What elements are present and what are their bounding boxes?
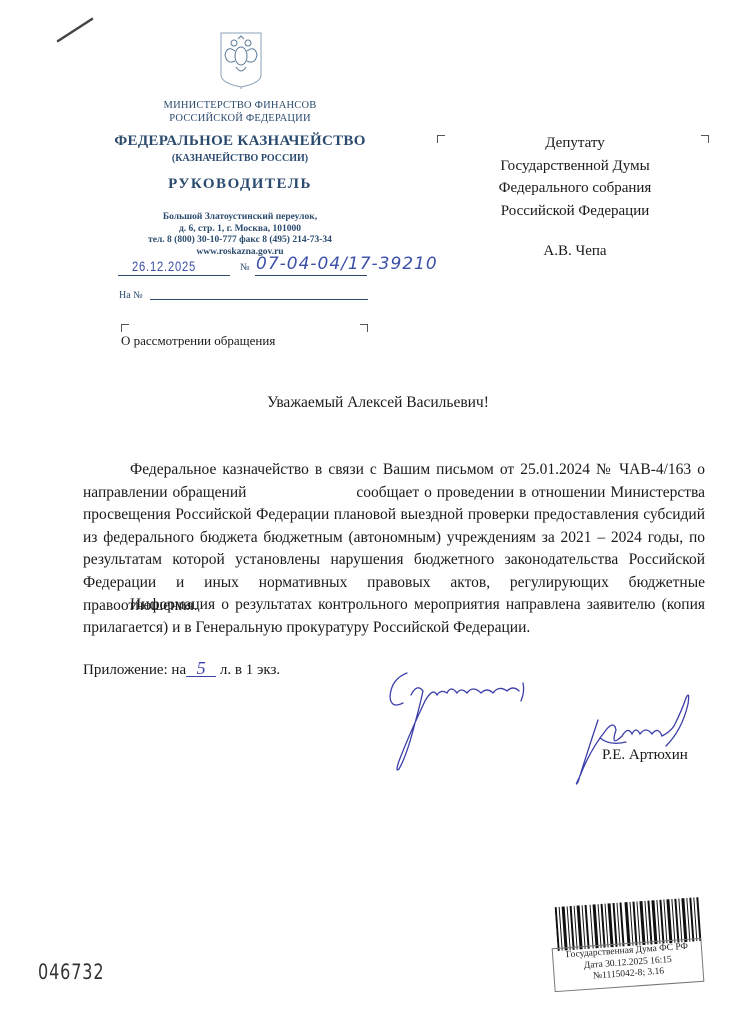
reply-to-underline: [150, 287, 368, 300]
ministry-line-2: РОССИЙСКОЙ ФЕДЕРАЦИИ: [100, 112, 380, 125]
registration-number: 07-04-04/17-39210: [256, 254, 438, 274]
greeting: Уважаемый Алексей Васильевич!: [0, 394, 756, 412]
ministry-name: МИНИСТЕРСТВО ФИНАНСОВ РОССИЙСКОЙ ФЕДЕРАЦ…: [100, 99, 380, 125]
addressee-line: Государственной Думы: [440, 155, 710, 178]
organization-name: ФЕДЕРАЛЬНОЕ КАЗНАЧЕЙСТВО: [100, 133, 380, 150]
attachment-note: Приложение: на5 л. в 1 экз.: [83, 660, 280, 679]
pen-mark: [55, 15, 95, 45]
attachment-prefix: Приложение: на: [83, 662, 186, 678]
attachment-suffix: л. в 1 экз.: [220, 662, 280, 678]
serial-number: 046732: [38, 960, 104, 984]
incoming-registration-stamp: Государственная Дума ФС РФ Дата 30.12.20…: [552, 938, 705, 992]
subject-line: О рассмотрении обращения: [121, 333, 275, 349]
organization-short-name: (КАЗНАЧЕЙСТВО РОССИИ): [100, 153, 380, 164]
body-paragraph-2: Информация о результатах контрольного ме…: [83, 594, 705, 639]
addressee-name: А.В. Чепа: [440, 243, 710, 260]
attachment-pages: 5: [186, 660, 216, 677]
reply-to-label: На №: [119, 290, 143, 301]
coat-of-arms-icon: [219, 31, 263, 89]
address-line-1: Большой Златоустинский переулок,: [100, 212, 380, 224]
ministry-line-1: МИНИСТЕРСТВО ФИНАНСОВ: [100, 99, 380, 112]
address-block: Большой Златоустинский переулок, д. 6, с…: [100, 212, 380, 258]
address-line-2: д. 6, стр. 1, г. Москва, 101000: [100, 224, 380, 236]
handwritten-closing-icon: [385, 665, 535, 775]
number-label: №: [240, 262, 250, 273]
addressee-line: Федерального собрания: [440, 177, 710, 200]
subject-corner-left: [121, 324, 129, 332]
position-title: РУКОВОДИТЕЛЬ: [100, 176, 380, 193]
signature-icon: [570, 690, 700, 790]
addressee-block: Депутату Государственной Думы Федерально…: [440, 132, 710, 222]
addressee-line: Депутату: [440, 132, 710, 155]
contacts-line: тел. 8 (800) 30-10-777 факс 8 (495) 214-…: [100, 235, 380, 247]
addressee-line: Российской Федерации: [440, 200, 710, 223]
registration-date: 26.12.2025: [132, 258, 196, 274]
signer-name: Р.Е. Артюхин: [602, 747, 688, 764]
subject-corner-right: [360, 324, 368, 332]
